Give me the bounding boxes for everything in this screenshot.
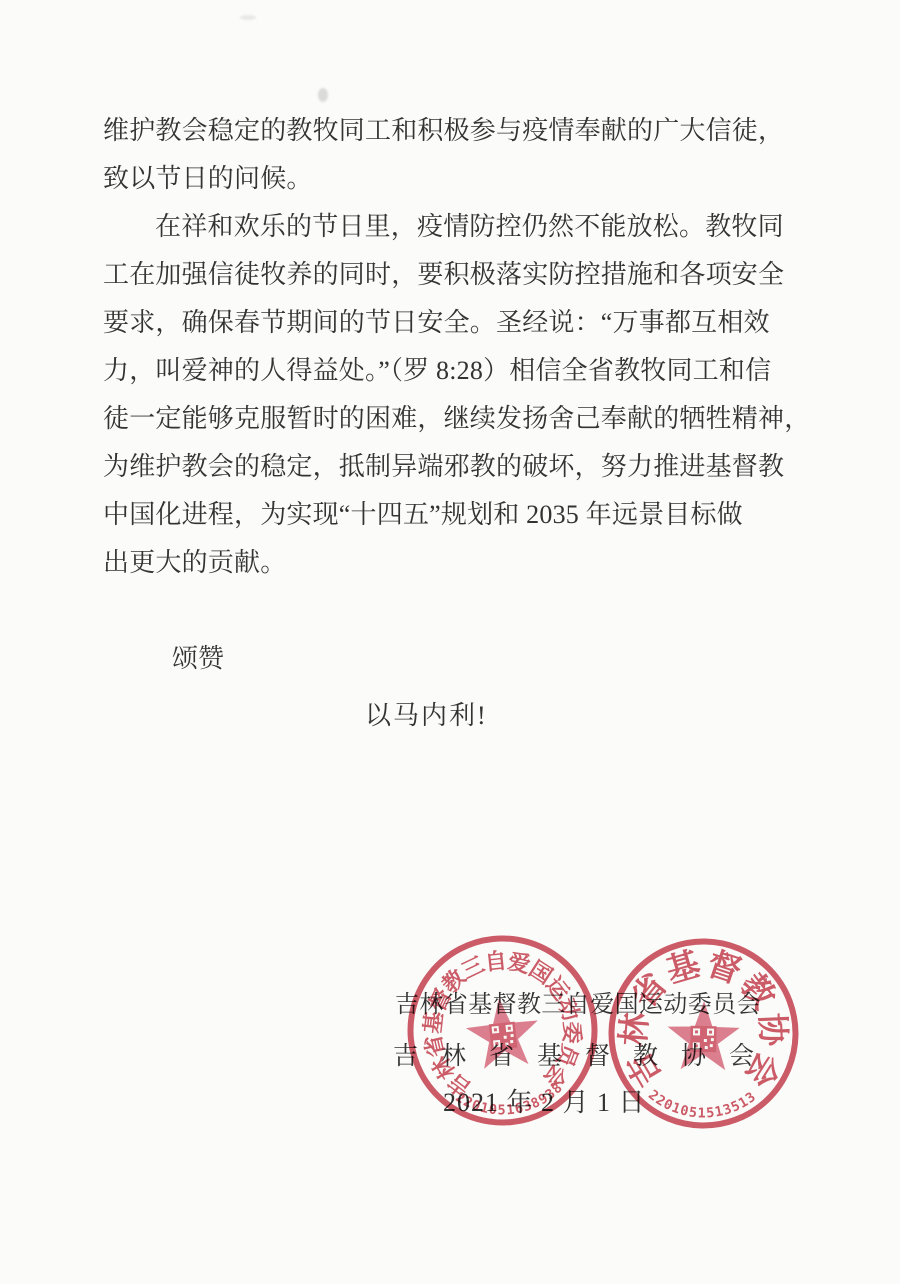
body-line-10: 出更大的贡献。: [103, 539, 808, 587]
body-line-9: 中国化进程，为实现“十四五”规划和 2035 年远景目标做: [103, 491, 808, 539]
body-line-8: 为维护教会的稳定，抵制异端邪教的破坏，努力推进基督教: [103, 443, 808, 491]
official-seal-left: 吉林省基督教三自爱国运动委员会 2201051638938: [395, 923, 609, 1137]
qr-code-icon: [489, 1022, 518, 1051]
scan-smudge: [240, 15, 256, 20]
official-seal-right: 吉林省基督教协会 2201051513513: [604, 934, 802, 1132]
body-line-3: 在祥和欢乐的节日里，疫情防控仍然不能放松。教牧同: [103, 203, 808, 251]
body-line-4: 工在加强信徒牧养的同时，要积极落实防控措施和各项安全: [103, 251, 808, 299]
body-line-1: 维护教会稳定的教牧同工和积极参与疫情奉献的广大信徒，: [103, 107, 808, 155]
scan-smudge: [318, 88, 328, 102]
body-line-6: 力，叫爱神的人得益处。”（罗 8:28）相信全省教牧同工和信: [103, 347, 808, 395]
body-line-2: 致以节日的问候。: [103, 155, 808, 203]
body-line-7: 徒一定能够克服暂时的困难，继续发扬舍己奉献的牺牲精神，: [103, 395, 808, 443]
closing-word: 颂赞: [172, 638, 224, 675]
farewell-line: 以马内利!: [365, 695, 488, 732]
letter-body: 维护教会稳定的教牧同工和积极参与疫情奉献的广大信徒， 致以节日的问候。 在祥和欢…: [103, 107, 808, 587]
body-line-5: 要求，确保春节期间的节日安全。圣经说：“万事都互相效: [103, 299, 808, 347]
letter-page: 维护教会稳定的教牧同工和积极参与疫情奉献的广大信徒， 致以节日的问候。 在祥和欢…: [0, 0, 900, 1284]
qr-code-icon: [690, 1026, 716, 1052]
